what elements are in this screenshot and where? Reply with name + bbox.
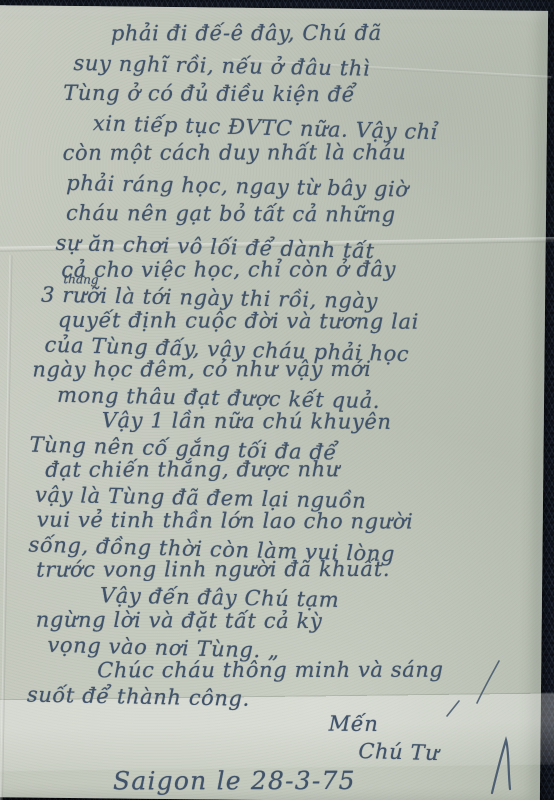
handwritten-line: cháu nên gạt bỏ tất cả những <box>66 198 532 230</box>
closing-word: Mến <box>329 711 527 739</box>
dateline: Saigon le 28-3-75 <box>113 762 526 800</box>
handwritten-line: phải đi đế-ê đây, Chú đã <box>111 18 534 49</box>
inserted-word-above-line: tháng <box>63 273 98 286</box>
handwritten-line: còn một cách duy nhất là cháu <box>63 137 533 168</box>
handwritten-line: trước vong linh người đã khuất. <box>36 557 528 583</box>
handwritten-line: quyết định cuộc đời và tương lai <box>58 308 531 335</box>
handwritten-line: ngừng lời và đặt tất cả kỳ <box>36 608 528 636</box>
handwritten-line: Tùng ở có đủ điều kiện để <box>63 78 533 110</box>
handwritten-line: cả cho việc học, chỉ còn ở đây <box>61 257 531 283</box>
letter-paper: phải đi đế-ê đây, Chú đã suy nghĩ rồi, n… <box>0 5 548 800</box>
handwritten-line: Chúc cháu thông minh và sáng <box>97 657 527 683</box>
handwritten-line: ngày học đêm, có như vậy mới <box>32 357 530 383</box>
handwritten-text-block: phải đi đế-ê đây, Chú đã suy nghĩ rồi, n… <box>26 18 534 800</box>
handwritten-line: vui vẻ tinh thần lớn lao cho người <box>37 508 529 536</box>
fold-crease-left <box>0 255 12 800</box>
handwritten-line: đạt chiến thắng, được như <box>45 457 529 483</box>
handwritten-line: Vậy 1 lần nữa chú khuyên <box>102 408 530 435</box>
letter-photograph: phải đi đế-ê đây, Chú đã suy nghĩ rồi, n… <box>0 0 554 800</box>
